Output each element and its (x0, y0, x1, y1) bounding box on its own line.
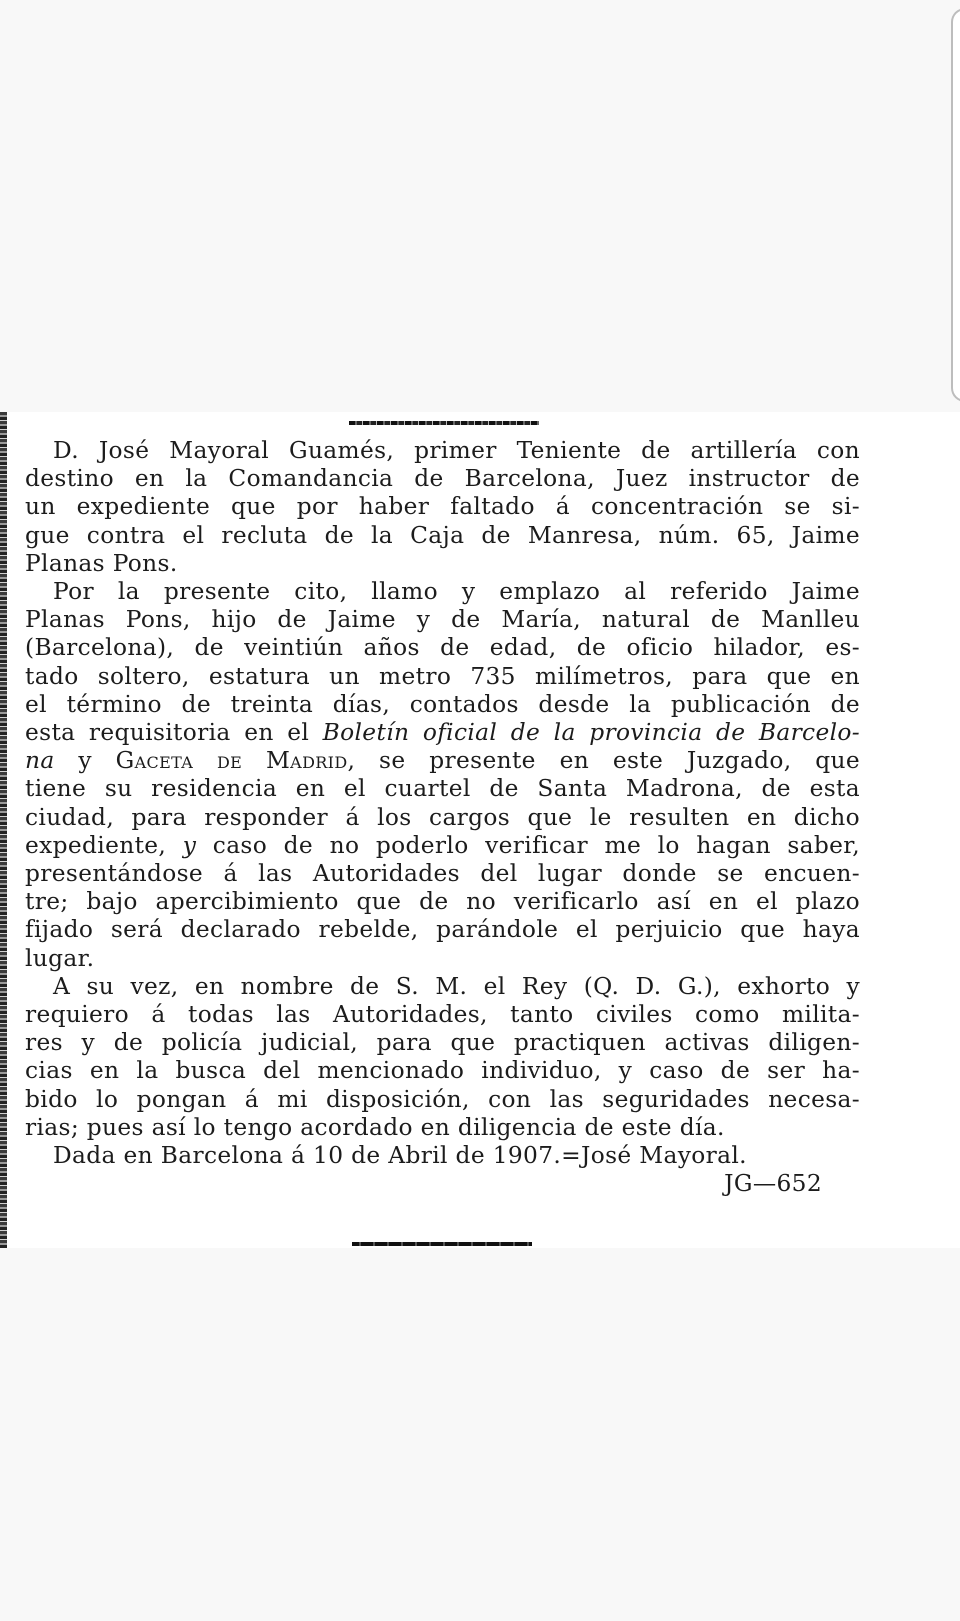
reference-code: JG—652 (25, 1170, 860, 1198)
boletin-oficial-title-cont: na (25, 747, 55, 774)
text-segment: expediente, (25, 832, 183, 859)
blank-bottom-area (0, 1248, 960, 1621)
boletin-oficial-title: Boletín oficial de la provincia de Barce… (323, 719, 860, 746)
text-line: gue contra el recluta de la Caja de Manr… (25, 522, 860, 550)
text-line: cias en la busca del mencionado individu… (25, 1057, 860, 1085)
text-line: A su vez, en nombre de S. M. el Rey (Q. … (25, 973, 860, 1001)
blank-top-area (0, 0, 960, 412)
newspaper-clipping: D. José Mayoral Guamés, primer Teniente … (0, 412, 960, 1248)
gaceta-de-madrid-title: Gaceta de Madrid (116, 747, 348, 774)
torn-page-edge (0, 412, 7, 1248)
text-line: presentándose á las Autoridades del luga… (25, 860, 860, 888)
text-line: el término de treinta días, contados des… (25, 691, 860, 719)
text-line: Planas Pons, hijo de Jaime y de María, n… (25, 606, 860, 634)
bottom-separator-rule (352, 1242, 532, 1246)
text-line: tado soltero, estatura un metro 735 milí… (25, 663, 860, 691)
text-line: Por la presente cito, llamo y emplazo al… (25, 578, 860, 606)
signature-line: Dada en Barcelona á 10 de Abril de 1907.… (25, 1142, 860, 1170)
text-line: D. José Mayoral Guamés, primer Teniente … (25, 437, 860, 465)
text-segment: esta requisitoria en el (25, 719, 323, 746)
text-line: Planas Pons. (25, 550, 860, 578)
text-line: destino en la Comandancia de Barcelona, … (25, 465, 860, 493)
text-line: expediente, y caso de no poderlo verific… (25, 832, 860, 860)
text-line: bido lo pongan á mi disposición, con las… (25, 1086, 860, 1114)
text-line: rias; pues así lo tengo acordado en dili… (25, 1114, 860, 1142)
text-line: tre; bajo apercibimiento que de no verif… (25, 888, 860, 916)
edge-scroll-handle[interactable] (951, 8, 960, 402)
text-line: requiero á todas las Autoridades, tanto … (25, 1001, 860, 1029)
text-line: res y de policía judicial, para que prac… (25, 1029, 860, 1057)
text-line: tiene su residencia en el cuartel de San… (25, 775, 860, 803)
text-line: (Barcelona), de veintiún años de edad, d… (25, 634, 860, 662)
text-segment: y (55, 747, 116, 774)
text-segment: y (183, 832, 197, 859)
text-line: ciudad, para responder á los cargos que … (25, 804, 860, 832)
requisitoria-text: D. José Mayoral Guamés, primer Teniente … (25, 437, 860, 1198)
text-line: na y Gaceta de Madrid, se presente en es… (25, 747, 860, 775)
text-segment: caso de no poderlo verificar me lo hagan… (196, 832, 860, 859)
text-line: esta requisitoria en el Boletín oficial … (25, 719, 860, 747)
top-separator-rule (349, 421, 539, 425)
text-segment: , se presente en este Juzgado, que (348, 747, 861, 774)
text-line: un expediente que por haber faltado á co… (25, 493, 860, 521)
text-line: fijado será declarado rebelde, parándole… (25, 916, 860, 944)
text-line: lugar. (25, 945, 860, 973)
